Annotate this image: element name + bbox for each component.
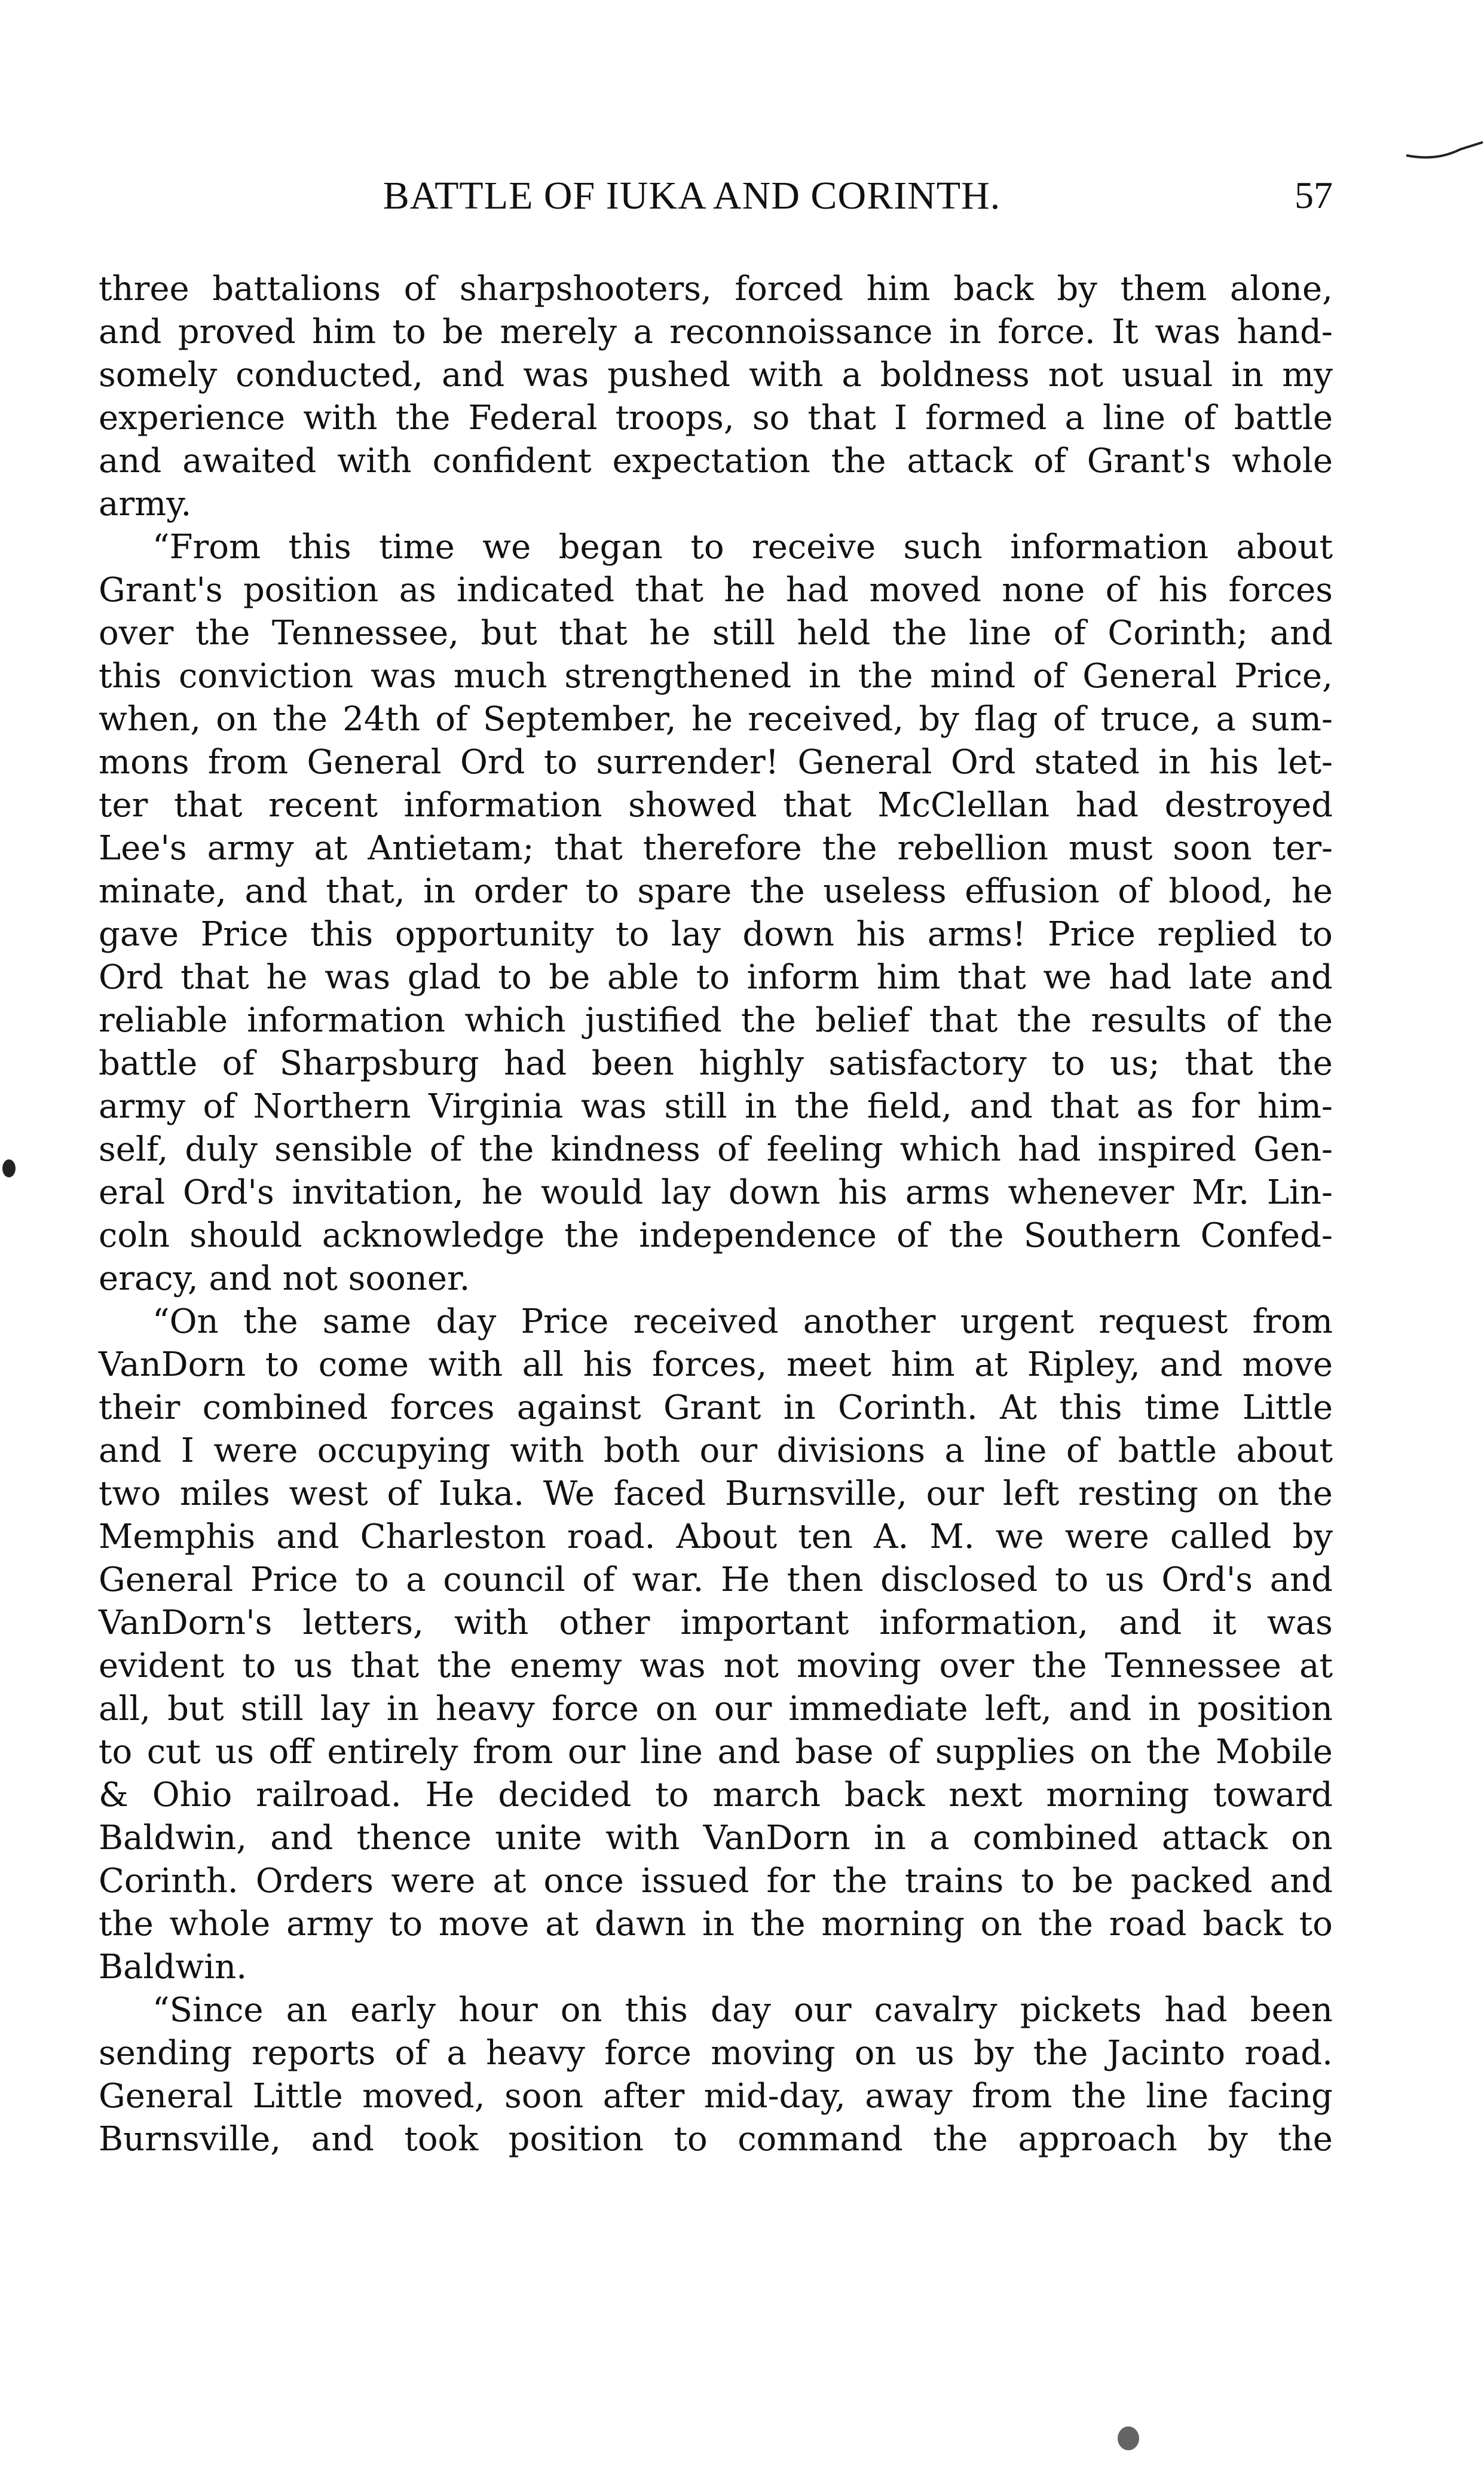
- text-line: colnshouldacknowledgetheindependenceofth…: [99, 1214, 1333, 1257]
- text-line: evidenttousthattheenemywasnotmovingovert…: [99, 1645, 1333, 1688]
- text-line: andIwereoccupyingwithbothourdivisionsali…: [99, 1430, 1333, 1473]
- text-line: “Sinceanearlyhouronthisdayourcavalrypick…: [99, 1989, 1333, 2032]
- text-line: Lee'sarmyatAntietam;thatthereforetherebe…: [99, 827, 1333, 870]
- text-line: Corinth.Orderswereatonceissuedforthetrai…: [99, 1860, 1333, 1903]
- text-line: somelyconducted,andwaspushedwithaboldnes…: [99, 354, 1333, 397]
- text-line: gavePricethisopportunitytolaydownhisarms…: [99, 913, 1333, 956]
- text-line: GeneralPricetoacouncilofwar.Hethendisclo…: [99, 1559, 1333, 1602]
- text-line: monsfromGeneralOrdtosurrender!GeneralOrd…: [99, 741, 1333, 784]
- text-line: battleofSharpsburghadbeenhighlysatisfact…: [99, 1042, 1333, 1085]
- text-line: eracy, and not sooner.: [99, 1257, 1333, 1300]
- text-line: experiencewiththeFederaltroops,sothatIfo…: [99, 397, 1333, 440]
- bottom-ink-smudge: [1118, 2426, 1139, 2450]
- text-line: self,dulysensibleofthekindnessoffeelingw…: [99, 1128, 1333, 1171]
- text-line: Baldwin,andthenceunitewithVanDorninacomb…: [99, 1817, 1333, 1860]
- page-header: BATTLE OF IUKA AND CORINTH. 57: [99, 173, 1333, 221]
- text-line: Grant'spositionasindicatedthathehadmoved…: [99, 569, 1333, 612]
- text-line: when,onthe24thofSeptember,hereceived,byf…: [99, 698, 1333, 741]
- text-line: Burnsville,andtookpositiontocommandtheap…: [99, 2118, 1333, 2161]
- text-line: MemphisandCharlestonroad.AbouttenA.M.wew…: [99, 1516, 1333, 1559]
- text-line: &Ohiorailroad.Hedecidedtomarchbacknextmo…: [99, 1774, 1333, 1817]
- text-line: eralOrd'sinvitation,hewouldlaydownhisarm…: [99, 1171, 1333, 1214]
- text-line: reliableinformationwhichjustifiedthebeli…: [99, 999, 1333, 1042]
- text-line: armyofNorthernVirginiawasstillinthefield…: [99, 1085, 1333, 1128]
- text-line: “Fromthistimewebegantoreceivesuchinforma…: [99, 526, 1333, 569]
- text-line: terthatrecentinformationshowedthatMcClel…: [99, 784, 1333, 827]
- margin-ink-blot: [2, 1159, 16, 1177]
- text-line: thewholearmytomoveatdawninthemorningonth…: [99, 1903, 1333, 1946]
- text-line: all,butstilllayinheavyforceonourimmediat…: [99, 1688, 1333, 1731]
- text-line: andprovedhimtobemerelyareconnoissanceinf…: [99, 311, 1333, 354]
- corner-page-fold-mark: [1400, 137, 1484, 161]
- running-title: BATTLE OF IUKA AND CORINTH.: [99, 173, 1333, 219]
- page-number: 57: [1295, 173, 1333, 218]
- text-line: tocutusoffentirelyfromourlineandbaseofsu…: [99, 1731, 1333, 1774]
- text-line: army.: [99, 483, 1333, 526]
- text-line: sendingreportsofaheavyforcemovingonusbyt…: [99, 2032, 1333, 2075]
- text-line: Ordthathewasgladtobeabletoinformhimthatw…: [99, 956, 1333, 999]
- text-line: twomileswestofIuka.WefacedBurnsville,our…: [99, 1473, 1333, 1516]
- body-text: threebattalionsofsharpshooters,forcedhim…: [99, 268, 1333, 2161]
- text-line: VanDorn'sletters,withotherimportantinfor…: [99, 1602, 1333, 1645]
- text-line: VanDorntocomewithallhisforces,meethimatR…: [99, 1343, 1333, 1387]
- text-line: GeneralLittlemoved,soonaftermid-day,away…: [99, 2075, 1333, 2118]
- text-line: overtheTennessee,butthathestillheldtheli…: [99, 612, 1333, 655]
- text-line: andawaitedwithconfidentexpectationtheatt…: [99, 440, 1333, 483]
- text-line: “OnthesamedayPricereceivedanotherurgentr…: [99, 1300, 1333, 1343]
- text-line: thisconvictionwasmuchstrengthenedinthemi…: [99, 655, 1333, 698]
- text-line: minate,andthat,inordertosparetheuselesse…: [99, 870, 1333, 913]
- text-line: threebattalionsofsharpshooters,forcedhim…: [99, 268, 1333, 311]
- text-line: theircombinedforcesagainstGrantinCorinth…: [99, 1387, 1333, 1430]
- text-line: Baldwin.: [99, 1946, 1333, 1989]
